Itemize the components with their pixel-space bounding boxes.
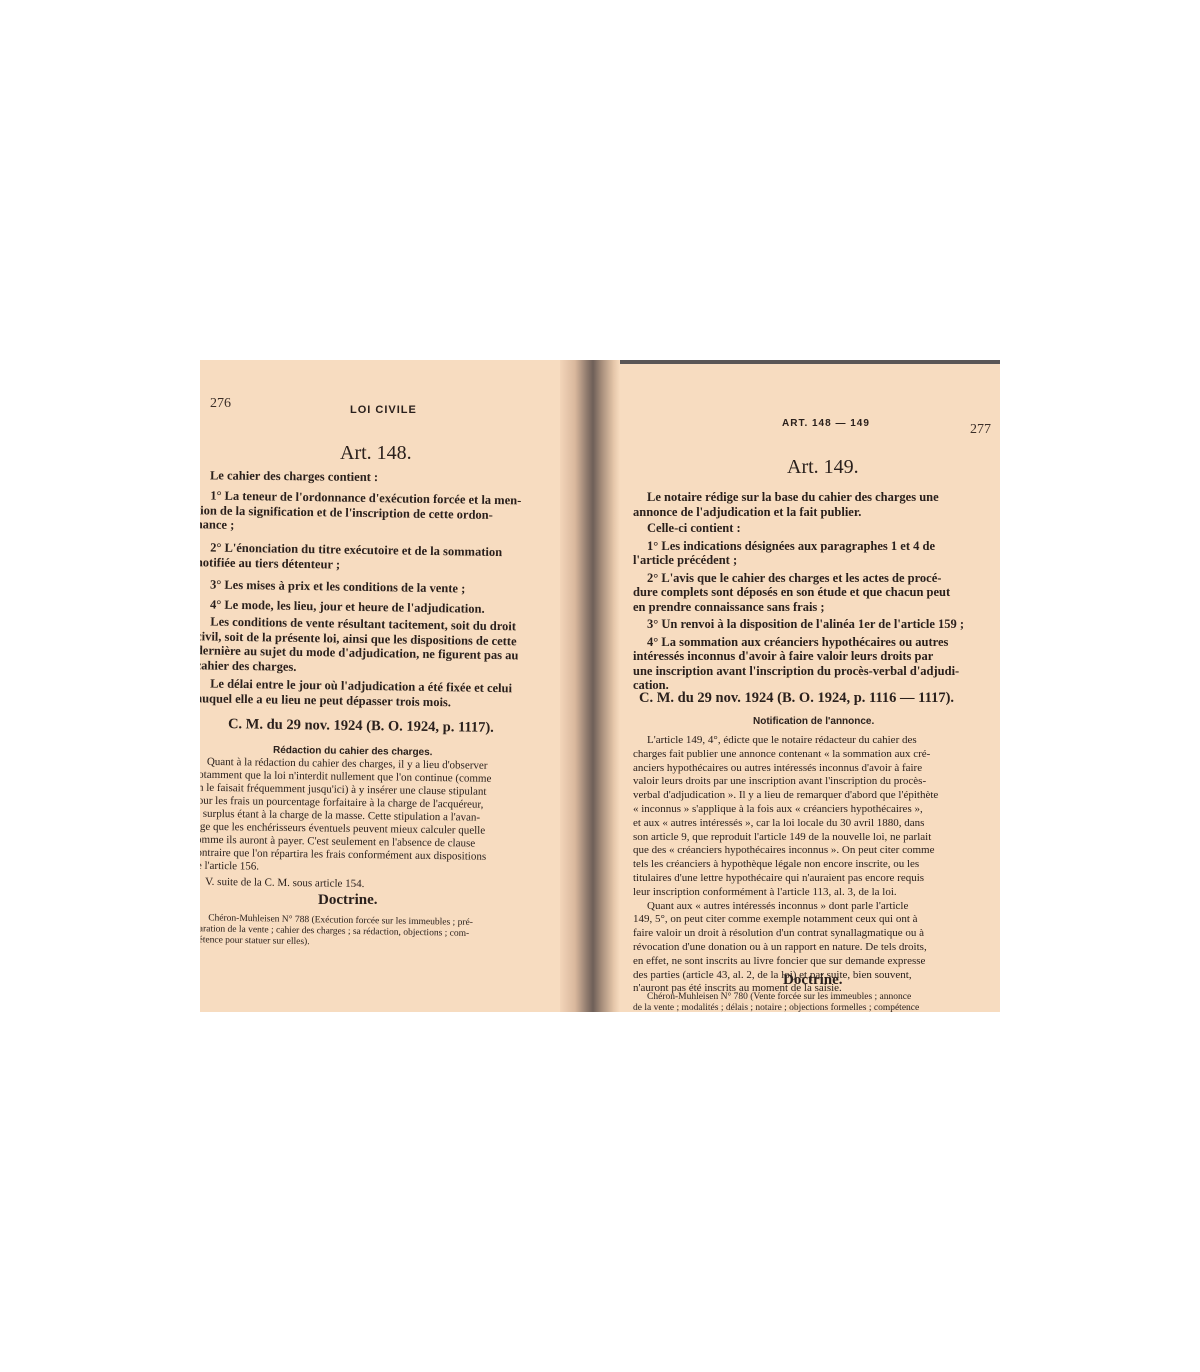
- text-line: Celle-ci contient :: [633, 521, 988, 536]
- text-line: de la vente ; modalités ; délais ; notai…: [633, 1003, 988, 1012]
- item-line: intéressés inconnus d'avoir à faire valo…: [633, 649, 988, 664]
- item-line: 2° L'avis que le cahier des charges et l…: [633, 571, 988, 586]
- paragraph-delai: Le délai entre le jour où l'adjudication…: [200, 676, 541, 710]
- paragraph-conditions: Les conditions de vente résultant tacite…: [200, 614, 541, 677]
- article-title: Art. 148.: [340, 442, 412, 465]
- left-page: 276 LOI CIVILE Art. 148. Le cahier des c…: [200, 360, 560, 1012]
- intro-line: Le cahier des charges contient :: [200, 468, 541, 486]
- running-head: ART. 148 — 149: [782, 418, 870, 429]
- text-line: tels les créanciers à hypothèque légale …: [633, 858, 988, 872]
- text-line: faire valoir un droit à résolution d'un …: [633, 927, 988, 941]
- item-1: 1° La teneur de l'ordonnance d'exécution…: [200, 488, 541, 537]
- doctrine-heading: Doctrine.: [783, 972, 843, 989]
- item-line: dure complets sont déposés en son étude …: [633, 585, 988, 600]
- text-line: verbal d'adjudication ». Il y a lieu de …: [633, 789, 988, 803]
- commentary: L'article 149, 4°, édicte que le notaire…: [633, 734, 988, 996]
- item-line: 3° Les mises à prix et les conditions de…: [200, 577, 541, 597]
- text-line: annonce de l'adjudication et la fait pub…: [633, 505, 988, 520]
- item-line: l'article précédent ;: [633, 553, 988, 568]
- book-gutter: [560, 360, 620, 1012]
- text-line: en effet, ne sont inscrits au livre fonc…: [633, 955, 988, 969]
- page-number: 276: [210, 396, 231, 412]
- commentary: Quant à la rédaction du cahier des charg…: [200, 756, 529, 894]
- open-book-scan: 276 LOI CIVILE Art. 148. Le cahier des c…: [200, 360, 1000, 1012]
- item-line: 3° Un renvoi à la disposition de l'aliné…: [633, 617, 988, 632]
- item-1: 1° Les indications désignées aux paragra…: [633, 539, 988, 568]
- item-3: 3° Un renvoi à la disposition de l'aliné…: [633, 617, 988, 632]
- text-line: 149, 5°, on peut citer comme exemple not…: [633, 913, 988, 927]
- circular-heading: C. M. du 29 nov. 1924 (B. O. 1924, p. 11…: [228, 716, 494, 737]
- item-2: 2° L'énonciation du titre exécutoire et …: [200, 540, 541, 574]
- item-line: 4° La sommation aux créanciers hypothéca…: [633, 635, 988, 650]
- text-line: révocation d'une donation ou à un rappor…: [633, 941, 988, 955]
- doctrine-heading: Doctrine.: [318, 892, 378, 909]
- doctrine-text: Chéron-Muhleisen N° 780 (Vente forcée su…: [633, 992, 988, 1012]
- text-line: Chéron-Muhleisen N° 780 (Vente forcée su…: [633, 992, 988, 1003]
- text-line: et aux « autres intéressés », car la loi…: [633, 817, 988, 831]
- page-number: 277: [970, 422, 991, 438]
- item-3: 3° Les mises à prix et les conditions de…: [200, 577, 541, 597]
- text-line: L'article 149, 4°, édicte que le notaire…: [633, 734, 988, 748]
- item-line: 4° Le mode, les lieu, jour et heure de l…: [200, 597, 541, 617]
- item-line: une inscription avant l'inscription du p…: [633, 664, 988, 679]
- article-body: Le notaire rédige sur la base du cahier …: [633, 490, 988, 693]
- item-line: en prendre connaissance sans frais ;: [633, 600, 988, 615]
- article-title: Art. 149.: [787, 456, 859, 479]
- item-4: 4° Le mode, les lieu, jour et heure de l…: [200, 597, 541, 617]
- text-line: valoir leurs droits par une inscription …: [633, 775, 988, 789]
- circular-heading: C. M. du 29 nov. 1924 (B. O. 1924, p. 11…: [639, 690, 954, 707]
- running-head: LOI CIVILE: [350, 404, 417, 416]
- text-line: Quant aux « autres intéressés inconnus »…: [633, 900, 988, 914]
- article-body: Le cahier des charges contient : 1° La t…: [200, 470, 541, 708]
- text-line: charges fait publier une annonce contena…: [633, 748, 988, 762]
- item-4: 4° La sommation aux créanciers hypothéca…: [633, 635, 988, 693]
- text-line: leur inscription conformément à l'articl…: [633, 886, 988, 900]
- right-page: ART. 148 — 149 277 Art. 149. Le notaire …: [615, 360, 1000, 1012]
- doctrine-text: Chéron-Muhleisen N° 788 (Exécution forcé…: [200, 913, 524, 952]
- text-line: que des « créanciers hypothécaires incon…: [633, 844, 988, 858]
- text-line: titulaires d'une lettre hypothécaire qui…: [633, 872, 988, 886]
- item-line: 1° Les indications désignées aux paragra…: [633, 539, 988, 554]
- section-subheading: Notification de l'annonce.: [753, 716, 874, 727]
- text-line: « inconnus » s'applique à la fois aux « …: [633, 803, 988, 817]
- see-also-note: V. suite de la C. M. sous article 154.: [200, 876, 527, 894]
- text-line: son article 9, que reproduit l'article 1…: [633, 831, 988, 845]
- text-line: anciers hypothécaires ou autres intéress…: [633, 762, 988, 776]
- item-2: 2° L'avis que le cahier des charges et l…: [633, 571, 988, 615]
- text-line: Le notaire rédige sur la base du cahier …: [633, 490, 988, 505]
